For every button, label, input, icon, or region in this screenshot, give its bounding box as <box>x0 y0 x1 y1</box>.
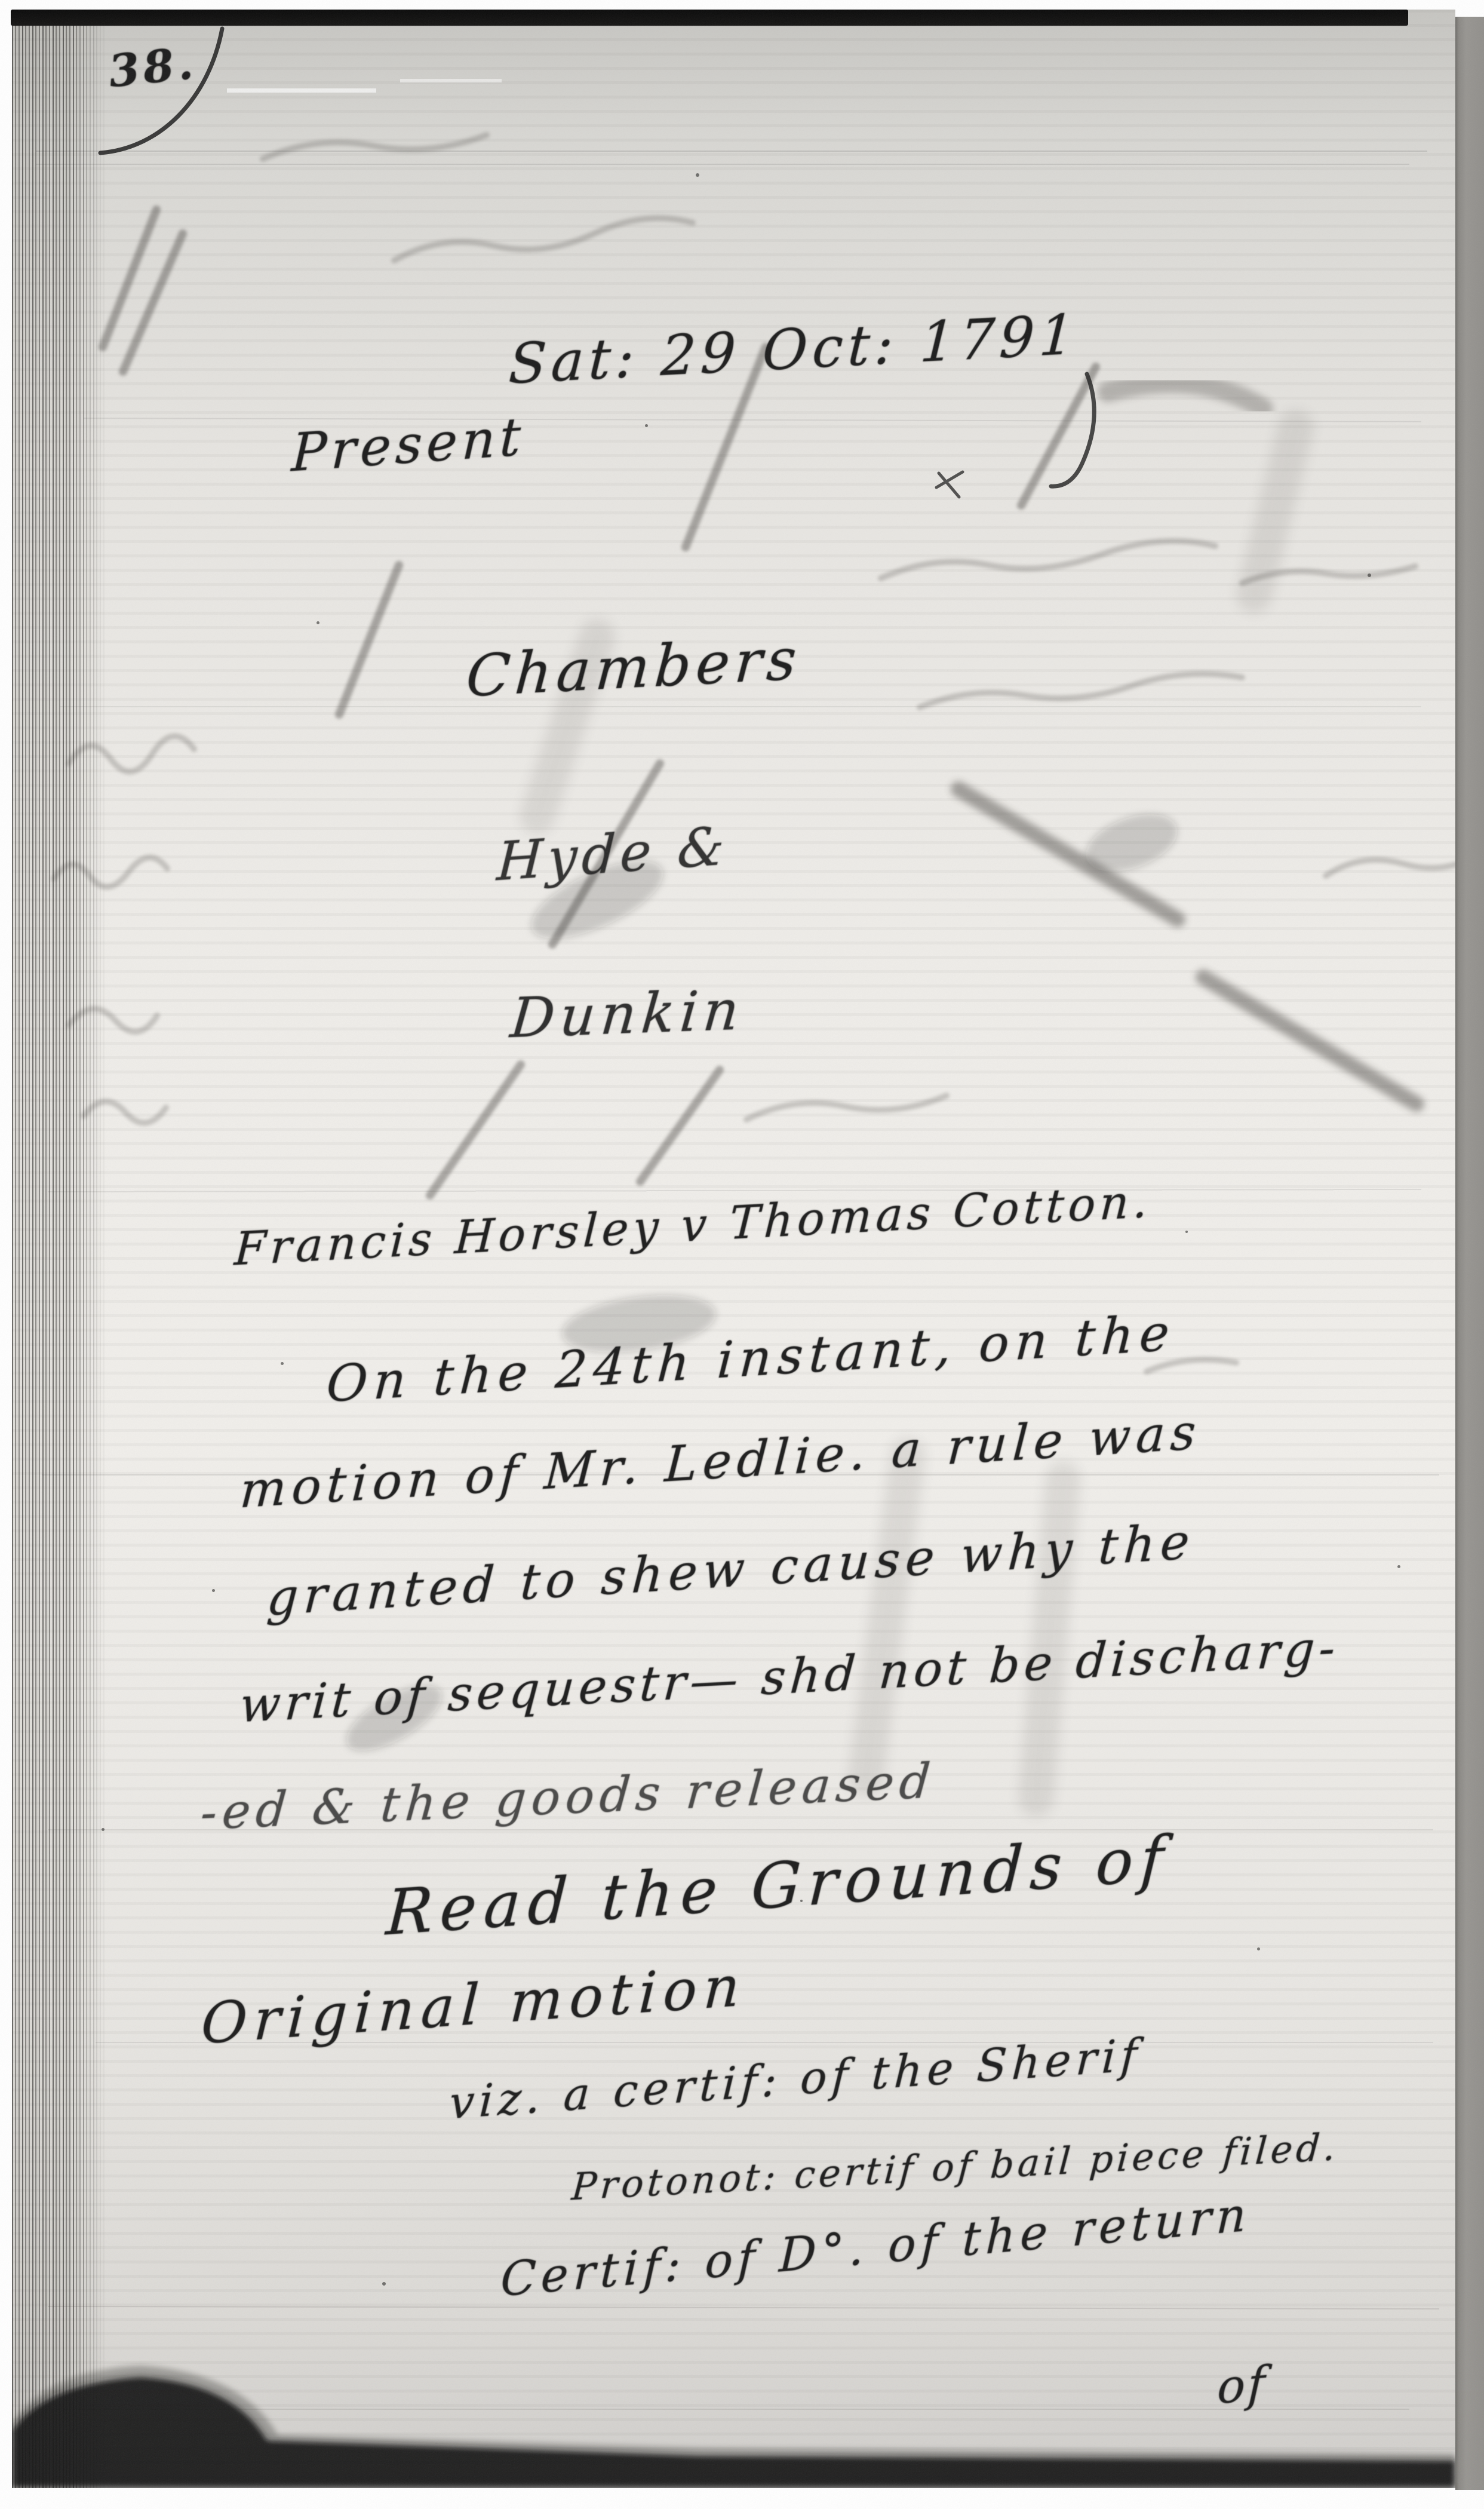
judge-name-dunkin: Dunkin <box>508 978 747 1050</box>
read-grounds-line: Read the Grounds of <box>385 1821 1173 1950</box>
entry-line: writ of sequestr— shd not be discharg- <box>238 1620 1341 1734</box>
present-label: Present <box>290 406 526 484</box>
scratch-line <box>60 706 1421 707</box>
scratch-line <box>48 2306 1439 2309</box>
scratch-line <box>84 418 1421 422</box>
dust-speck <box>382 2282 386 2286</box>
page-number: 38. <box>106 38 199 98</box>
grounds-item: viz. a certif: of the Sherif <box>448 2029 1142 2130</box>
scratch-line <box>36 164 1409 165</box>
stray-ink-mark <box>936 472 963 497</box>
scanned-manuscript-page: 38. Sat: 29 Oct: 1791 Present Chambers H… <box>0 0 1484 2509</box>
date-heading: Sat: 29 Oct: 1791 <box>507 302 1080 396</box>
dust-speck <box>1368 573 1371 577</box>
scan-top-bar <box>11 10 1408 26</box>
scan-white-streak <box>227 88 376 93</box>
date-swash <box>1051 374 1094 486</box>
entry-line: -ed & the goods released <box>199 1753 938 1841</box>
dust-speck <box>1185 1231 1188 1233</box>
judge-name-chambers: Chambers <box>464 625 803 710</box>
entry-line: On the 24th instant, on the <box>325 1303 1177 1413</box>
entry-line: motion of Mr. Ledlie. a rule was <box>238 1404 1203 1520</box>
dust-speck <box>1257 1947 1260 1950</box>
scratch-line <box>36 151 1427 152</box>
original-motion-line: Original motion <box>199 1953 748 2057</box>
dust-speck <box>317 621 319 624</box>
judge-name-hyde: Hyde & <box>496 815 731 893</box>
scan-white-streak <box>400 79 502 82</box>
entry-line: granted to shew cause why the <box>265 1513 1196 1627</box>
grounds-item: of <box>1216 2357 1268 2415</box>
dust-speck <box>645 424 648 427</box>
scan-edge-strip <box>1455 17 1484 2490</box>
scratch-line <box>48 1189 1421 1192</box>
dust-speck <box>212 1589 215 1592</box>
case-title: Francis Horsley v Thomas Cotton. <box>233 1174 1153 1276</box>
binding-gutter <box>12 10 106 2488</box>
dust-speck <box>696 173 699 177</box>
dust-speck <box>281 1362 284 1365</box>
manuscript-paper: 38. Sat: 29 Oct: 1791 Present Chambers H… <box>12 10 1455 2488</box>
scratch-line <box>36 2409 1409 2410</box>
dust-speck <box>1397 1565 1400 1568</box>
